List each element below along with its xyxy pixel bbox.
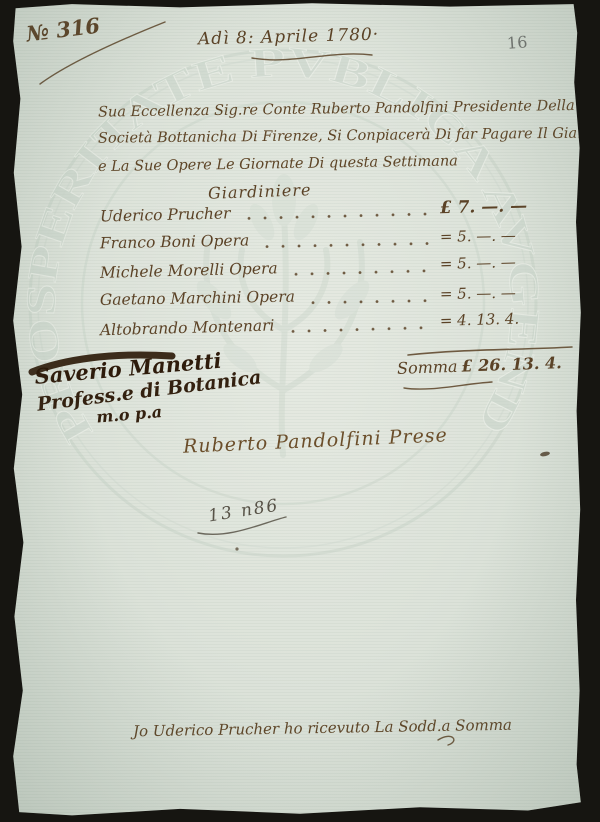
archive-number: № 316 [25,13,101,47]
total-label: Somma [397,357,458,378]
amount-value: £ 7. —. — [440,195,552,218]
total-line: Somma£ 26. 13. 4. [397,353,562,378]
somma-swash [404,382,492,389]
payee-name: Michele Morelli Opera [100,259,278,282]
docket-number: 13 n86 [207,496,281,527]
ink-speck [235,547,238,550]
dotted-leader [288,267,430,276]
dotted-leader [305,297,430,304]
receipt-end-flourish [438,736,454,745]
receipt-line: Jo Uderico Prucher ho ricevuto La Sodd.a… [133,716,512,741]
total-amount: £ 26. 13. 4. [461,353,562,375]
payment-list: Uderico Prucher £ 7. —. — Franco Boni Op… [100,201,552,344]
amount-value: = 5. —. — [440,252,552,273]
payee-name: Uderico Prucher [100,204,231,225]
ink-speck [540,451,551,457]
dotted-leader [259,239,430,247]
date-line: Adì 8: Aprile 1780· [198,25,380,50]
document-paper: PROSPERITATE PVBLICA AVGENDAE [0,0,600,822]
date-underline-flourish [252,54,372,60]
list-heading: Giardiniere [208,180,312,203]
photo-background: PROSPERITATE PVBLICA AVGENDAE [0,0,600,822]
signature-pandolfini: Ruberto Pandolfini Prese [183,424,449,458]
amount-value: = 5. —. — [440,283,552,303]
dotted-leader [285,324,430,333]
amount-value: = 5. —. — [440,225,552,245]
dotted-leader [241,210,431,220]
payee-name: Gaetano Marchini Opera [100,287,295,308]
request-paragraph: Sua Eccellenza Sig.re Conte Ruberto Pand… [98,96,600,177]
signature-block-manetti: Saverio Manetti Profess.e di Botanica m.… [33,344,264,431]
folio-number: 16 [506,32,528,52]
payee-name: Altobrando Montenari [100,317,275,340]
amount-value: = 4. 13. 4. [440,309,552,330]
payee-name: Franco Boni Opera [100,231,250,252]
